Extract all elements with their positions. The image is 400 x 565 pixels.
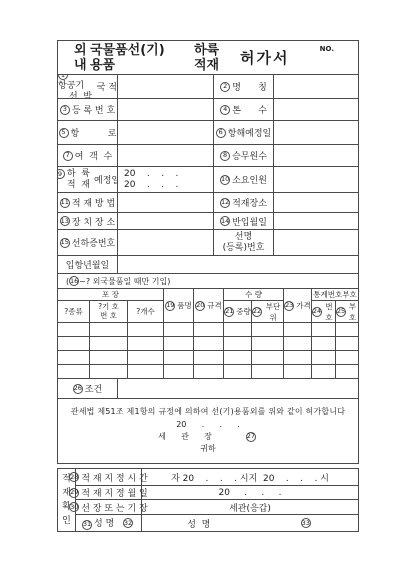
field-voyage-date-value bbox=[274, 121, 358, 144]
field-crew-label: 8승무원수 bbox=[214, 145, 274, 166]
header-packing-group: 포 장 bbox=[58, 289, 164, 301]
field-nationality-value bbox=[118, 75, 214, 98]
field-registration-value bbox=[118, 99, 214, 120]
designated-date-label: 29적 재 지 정 월 일 bbox=[76, 486, 142, 499]
row-bl-shipname: 15선하증번호 선명 (등록)번호 bbox=[58, 230, 358, 256]
form-number-label: NO. bbox=[320, 45, 334, 53]
circled-number-15: 15 bbox=[60, 238, 70, 248]
goods-empty-cell bbox=[194, 365, 224, 379]
signature-value: 성 명 33 bbox=[142, 515, 358, 531]
schedule-date-line2: 20 . . . bbox=[124, 180, 178, 191]
circled-number-27: 27 bbox=[246, 432, 256, 442]
circled-number-6: 6 bbox=[216, 128, 226, 138]
field-storage-label: 13장 치 장 소 bbox=[58, 213, 118, 229]
addressee-label: 귀하 bbox=[58, 443, 358, 454]
designated-time-value: 자 20 . . . 시지 20 . . . 시 bbox=[142, 469, 358, 485]
loading-confirmation-table: 적재확인 28적 재 지 정 시 간 자 20 . . . 시지 20 . . … bbox=[57, 468, 359, 532]
circled-number-4: 4 bbox=[220, 105, 230, 115]
title-goods-vessel: 국물품선(기) bbox=[90, 43, 194, 58]
header-pack-count: ?개수 bbox=[128, 301, 164, 323]
form-title: 외 내 국물품선(기) 용품 하륙 적재 허가서 NO. bbox=[58, 41, 358, 75]
field-registration-label: 3등 록 번 호 bbox=[58, 99, 118, 120]
goods-empty-cell bbox=[252, 323, 284, 337]
title-alt-domestic: 내 bbox=[74, 58, 90, 73]
goods-empty-cell bbox=[164, 351, 194, 365]
field-persons-value bbox=[274, 167, 358, 192]
customs-officer-value: 세관(응갑) bbox=[142, 500, 358, 514]
goods-empty-cell bbox=[312, 365, 336, 379]
goods-empty-cell bbox=[312, 337, 336, 351]
permit-form-page: 외 내 국물품선(기) 용품 하륙 적재 허가서 NO. 1항공기 선 박 국 … bbox=[0, 0, 400, 565]
confirmation-rows: 28적 재 지 정 시 간 자 20 . . . 시지 20 . . . 시 2… bbox=[76, 469, 358, 531]
circled-number-14: 14 bbox=[220, 216, 230, 226]
circled-number-10: 10 bbox=[220, 175, 230, 185]
circled-number-31: 31 bbox=[82, 520, 92, 530]
row-captain: 30선 장 또 는 기 장 세관(응갑) bbox=[76, 500, 358, 515]
field-carryin-label: 14반입월일 bbox=[214, 213, 274, 229]
permission-date: 20 . . . bbox=[58, 420, 358, 429]
goods-empty-cell bbox=[128, 351, 164, 365]
field-schedule-label: 9하 륙 적 재 예정일 bbox=[58, 167, 118, 192]
circled-number-25: 25 bbox=[336, 307, 346, 317]
field-loading-method-value bbox=[118, 193, 214, 212]
circled-number-28: 28 bbox=[69, 472, 79, 482]
circled-number-19: 19 bbox=[165, 301, 175, 311]
header-stat-code: 25부호 bbox=[336, 301, 358, 323]
goods-empty-cell bbox=[284, 323, 312, 337]
circled-number-13: 13 bbox=[60, 216, 70, 226]
goods-empty-cell bbox=[336, 323, 358, 337]
circled-number-24: 24 bbox=[312, 307, 322, 317]
row-storage-carryin: 13장 치 장 소 14반입월일 bbox=[58, 213, 358, 230]
goods-empty-cell bbox=[284, 351, 312, 365]
title-goods: 용품 bbox=[90, 58, 194, 73]
circled-number-22: 22 bbox=[252, 307, 262, 317]
field-passengers-value bbox=[118, 145, 214, 166]
goods-empty-cell bbox=[128, 337, 164, 351]
field-persons-label: 10소요인원 bbox=[214, 167, 274, 192]
field-loading-method-label: 11적 재 방 법 bbox=[58, 193, 118, 212]
title-action-column: 하륙 적재 bbox=[194, 43, 230, 73]
goods-empty-cell bbox=[58, 351, 90, 365]
goods-empty-cell bbox=[164, 365, 194, 379]
row-designated-time: 28적 재 지 정 시 간 자 20 . . . 시지 20 . . . 시 bbox=[76, 469, 358, 486]
header-pack-mark-number: ?기 호 번 호 bbox=[90, 301, 128, 323]
goods-empty-cell bbox=[224, 365, 252, 379]
header-weight: 21중량 bbox=[224, 301, 252, 323]
field-crew-value bbox=[274, 145, 358, 166]
goods-empty-cell bbox=[194, 337, 224, 351]
title-body-column: 국물품선(기) 용품 bbox=[90, 43, 194, 73]
circled-number-21: 21 bbox=[224, 307, 234, 317]
field-loading-place-value bbox=[274, 193, 358, 212]
schedule-sub-label: 예정일 bbox=[94, 173, 118, 186]
row-condition: 26조건 bbox=[58, 379, 358, 399]
title-permit: 허가서 bbox=[240, 47, 289, 68]
header-price: 23가격 bbox=[284, 289, 312, 323]
title-unloading: 하륙 bbox=[194, 43, 230, 58]
circled-number-33: 33 bbox=[301, 518, 311, 528]
field-nationality-label: 1항공기 선 박 국 적 bbox=[58, 75, 118, 98]
circled-number-2: 2 bbox=[220, 82, 230, 92]
goods-empty-cell bbox=[252, 351, 284, 365]
goods-empty-cell bbox=[58, 337, 90, 351]
title-alt-foreign: 외 bbox=[74, 43, 90, 58]
row-method-place: 11적 재 방 법 12적재장소 bbox=[58, 193, 358, 213]
legal-sentence: 관세법 제51조 제1항의 규정에 의하여 선(기)용품외를 위와 같이 허가합… bbox=[58, 406, 358, 417]
field-name-label: 2명 칭 bbox=[214, 75, 274, 98]
header-stat-number: 24번호 bbox=[312, 301, 336, 323]
row-registration-tonnage: 3등 록 번 호 4톤 수 bbox=[58, 99, 358, 121]
header-spec: 20규격 bbox=[194, 289, 224, 323]
goods-empty-cell bbox=[58, 323, 90, 337]
goods-empty-cell bbox=[58, 365, 90, 379]
goods-table-body bbox=[58, 323, 358, 379]
header-quantity-group: 수 량 bbox=[224, 289, 284, 301]
circled-number-20: 20 bbox=[195, 301, 205, 311]
permit-form: 외 내 국물품선(기) 용품 하륙 적재 허가서 NO. 1항공기 선 박 국 … bbox=[57, 40, 359, 464]
permission-statement: 관세법 제51조 제1항의 규정에 의하여 선(기)용품외를 위와 같이 허가합… bbox=[58, 399, 358, 463]
goods-empty-cell bbox=[224, 337, 252, 351]
customs-director-line: 세 관 장 27 bbox=[58, 431, 358, 442]
title-loading: 적재 bbox=[194, 58, 230, 73]
schedule-date-line1: 20 . . . bbox=[124, 169, 178, 180]
row-signature: 31성 명 32 성 명 33 bbox=[76, 515, 358, 531]
circled-number-5: 5 bbox=[59, 128, 69, 138]
field-loading-place-label: 12적재장소 bbox=[214, 193, 274, 212]
row-designated-date: 29적 재 지 정 월 일 20 . . . bbox=[76, 486, 358, 500]
circled-number-8: 8 bbox=[220, 151, 230, 161]
designated-time-label: 28적 재 지 정 시 간 bbox=[76, 469, 142, 485]
field-shipname-value bbox=[274, 230, 358, 255]
signature-label: 31성 명 32 bbox=[76, 515, 142, 531]
circled-number-1: 1 bbox=[58, 75, 68, 80]
field-tonnage-value bbox=[274, 99, 358, 120]
row-route-voyagedate: 5항 로 6항해예정일 bbox=[58, 121, 358, 145]
circled-number-3: 3 bbox=[60, 105, 70, 115]
circled-number-23: 23 bbox=[284, 301, 294, 311]
goods-empty-cell bbox=[90, 337, 128, 351]
goods-empty-cell bbox=[312, 351, 336, 365]
goods-empty-cell bbox=[194, 323, 224, 337]
field-passengers-label: 7여 객 수 bbox=[58, 145, 118, 166]
row-entry-date: 입항년월일 bbox=[58, 256, 358, 274]
header-sub-unit: 22부단위 bbox=[252, 301, 284, 323]
field-route-value bbox=[118, 121, 214, 144]
goods-empty-cell bbox=[90, 351, 128, 365]
foreign-goods-note: (16~? 외국물품일 때만 기입) bbox=[58, 274, 358, 289]
goods-empty-cell bbox=[252, 365, 284, 379]
customs-director-label: 세 관 장 bbox=[158, 431, 212, 442]
goods-empty-cell bbox=[194, 351, 224, 365]
field-voyage-date-label: 6항해예정일 bbox=[214, 121, 274, 144]
field-bl-number-value bbox=[118, 230, 214, 255]
circled-number-11: 11 bbox=[60, 198, 70, 208]
goods-empty-cell bbox=[164, 337, 194, 351]
circled-number-30: 30 bbox=[69, 502, 79, 512]
field-name-value bbox=[274, 75, 358, 98]
nationality-sub-label: 국 적 bbox=[97, 80, 117, 93]
circled-number-9: 9 bbox=[58, 169, 65, 179]
designated-date-value: 20 . . . bbox=[142, 486, 358, 499]
field-bl-number-label: 15선하증번호 bbox=[58, 230, 118, 255]
goods-empty-cell bbox=[284, 365, 312, 379]
circled-number-7: 7 bbox=[63, 151, 73, 161]
goods-empty-cell bbox=[336, 365, 358, 379]
field-condition-value bbox=[118, 379, 358, 398]
goods-empty-cell bbox=[90, 323, 128, 337]
field-route-label: 5항 로 bbox=[58, 121, 118, 144]
field-tonnage-label: 4톤 수 bbox=[214, 99, 274, 120]
goods-empty-cell bbox=[128, 365, 164, 379]
circled-number-29: 29 bbox=[69, 488, 79, 498]
field-entry-date-label: 입항년월일 bbox=[58, 256, 118, 273]
field-condition-label: 26조건 bbox=[58, 379, 118, 398]
field-schedule-value: 20 . . . 20 . . . bbox=[118, 167, 214, 192]
goods-empty-cell bbox=[224, 323, 252, 337]
field-storage-value bbox=[118, 213, 214, 229]
goods-empty-cell bbox=[224, 351, 252, 365]
field-entry-date-value bbox=[118, 256, 358, 273]
circled-number-16: 16 bbox=[69, 276, 79, 286]
captain-label: 30선 장 또 는 기 장 bbox=[76, 500, 142, 514]
goods-empty-cell bbox=[128, 323, 164, 337]
header-pack-kind: ?종류 bbox=[58, 301, 90, 323]
title-alt-column: 외 내 bbox=[74, 43, 90, 73]
row-nationality-name: 1항공기 선 박 국 적 2명 칭 bbox=[58, 75, 358, 99]
goods-empty-cell bbox=[312, 323, 336, 337]
circled-number-32: 32 bbox=[123, 518, 133, 528]
goods-empty-cell bbox=[284, 337, 312, 351]
field-shipname-label: 선명 (등록)번호 bbox=[214, 230, 274, 255]
row-passengers-crew: 7여 객 수 8승무원수 bbox=[58, 145, 358, 167]
circled-number-26: 26 bbox=[73, 384, 83, 394]
header-stat-number-group: 통계번호부호 bbox=[312, 289, 358, 301]
goods-empty-cell bbox=[164, 323, 194, 337]
goods-empty-cell bbox=[336, 351, 358, 365]
goods-table-header: 포 장 19품명 20규격 수 량 23가격 통계번호부호 ?종류 ?기 호 번… bbox=[58, 289, 358, 323]
circled-number-12: 12 bbox=[220, 198, 230, 208]
goods-empty-cell bbox=[252, 337, 284, 351]
goods-empty-cell bbox=[336, 337, 358, 351]
field-carryin-value bbox=[274, 213, 358, 229]
row-schedule-persons: 9하 륙 적 재 예정일 20 . . . 20 . . . 10소요인원 bbox=[58, 167, 358, 193]
goods-empty-cell bbox=[90, 365, 128, 379]
header-item-name: 19품명 bbox=[164, 289, 194, 323]
